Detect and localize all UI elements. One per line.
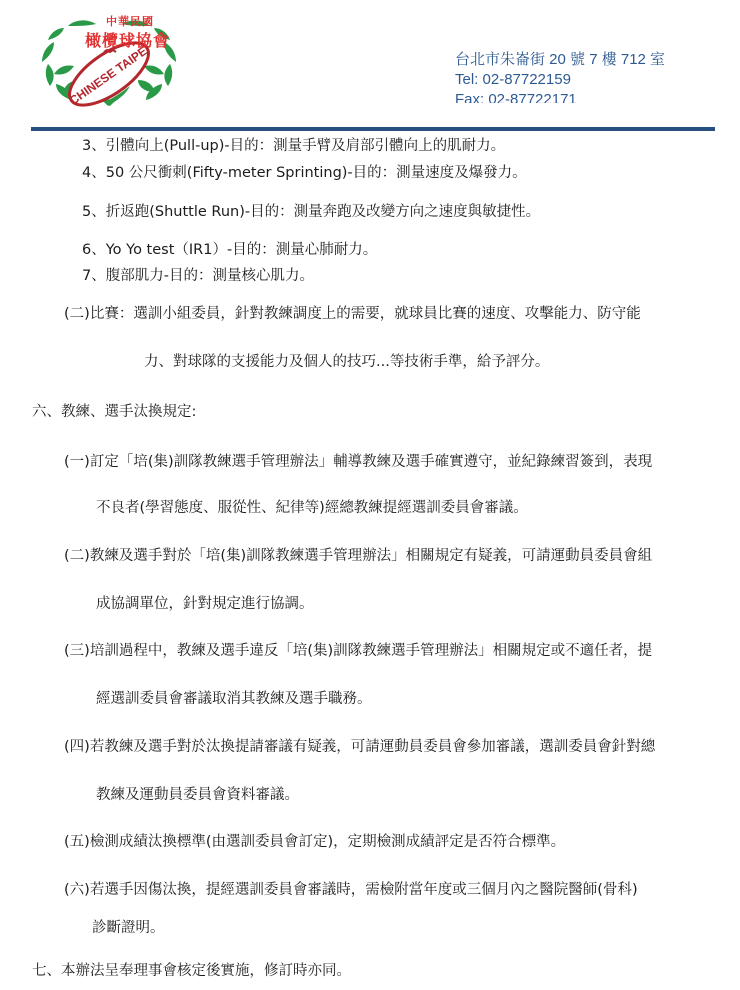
competition-paragraph-line1: (二)比賽：選訓小組委員，針對教練調度上的需要，就球員比賽的速度、攻擊能力、防守… <box>64 304 641 324</box>
test-item: 7、腹部肌力-目的：測量核心肌力。 <box>82 266 314 286</box>
test-item: 3、引體向上(Pull-up)-目的：測量手臂及肩部引體向上的肌耐力。 <box>82 136 505 156</box>
section-heading: 七、本辦法呈奉理事會核定後實施，修訂時亦同。 <box>32 961 351 981</box>
rule-item-line1: (六)若選手因傷汰換，提經選訓委員會審議時，需檢附當年度或三個月內之醫院醫師(骨… <box>64 880 638 900</box>
rule-item-line2: 教練及運動員委員會資料審議。 <box>96 785 299 805</box>
rule-item-line1: (五)檢測成績汰換標準(由選訓委員會訂定)，定期檢測成績評定是否符合標準。 <box>64 832 565 852</box>
rule-item-line2: 不良者(學習態度、服從性、紀律等)經總教練提經選訓委員會審議。 <box>96 498 528 518</box>
rule-item-line2: 診斷證明。 <box>92 918 165 938</box>
rule-item-line1: (三)培訓過程中，教練及選手違反「培(集)訓隊教練選手管理辦法」相關規定或不適任… <box>64 641 652 661</box>
rule-item-line1: (二)教練及選手對於「培(集)訓隊教練選手管理辦法」相關規定有疑義，可請運動員委… <box>64 546 652 566</box>
telephone: Tel: 02-87722159 <box>455 70 665 90</box>
letterhead: CHINESE TAIPEI 中華民國 橄欖球協會 台北市朱崙街 20 號 7 … <box>0 0 740 132</box>
rule-item-line2: 經選訓委員會審議取消其教練及選手職務。 <box>96 689 372 709</box>
association-name-top: 中華民國 <box>94 13 166 29</box>
rule-item-line2: 成協調單位，針對規定進行協調。 <box>96 594 314 614</box>
competition-paragraph-line2: 力、對球隊的支援能力及個人的技巧...等技術手準，給予評分。 <box>144 352 549 372</box>
rule-item-line1: (四)若教練及選手對於汰換提請審議有疑義，可請運動員委員會參加審議，選訓委員會針… <box>64 737 655 757</box>
test-item: 5、折返跑(Shuttle Run)-目的：測量奔跑及改變方向之速度與敏捷性。 <box>82 202 540 222</box>
header-divider <box>31 127 715 131</box>
association-name: 橄欖球協會 <box>70 28 185 51</box>
contact-block: 台北市朱崙街 20 號 7 樓 712 室 Tel: 02-87722159 F… <box>455 50 665 103</box>
fax: Fax: 02-87722171 <box>455 90 665 103</box>
section-heading: 六、教練、選手汰換規定: <box>32 402 196 422</box>
test-item: 4、50 公尺衝刺(Fifty-meter Sprinting)-目的：測量速度… <box>82 163 527 183</box>
test-item: 6、Yo Yo test（IR1）-目的：測量心肺耐力。 <box>82 240 377 260</box>
association-logo: CHINESE TAIPEI 中華民國 橄欖球協會 <box>34 12 184 108</box>
rule-item-line1: (一)訂定「培(集)訓隊教練選手管理辦法」輔導教練及選手確實遵守，並紀錄練習簽到… <box>64 452 652 472</box>
address: 台北市朱崙街 20 號 7 樓 712 室 <box>455 50 665 70</box>
